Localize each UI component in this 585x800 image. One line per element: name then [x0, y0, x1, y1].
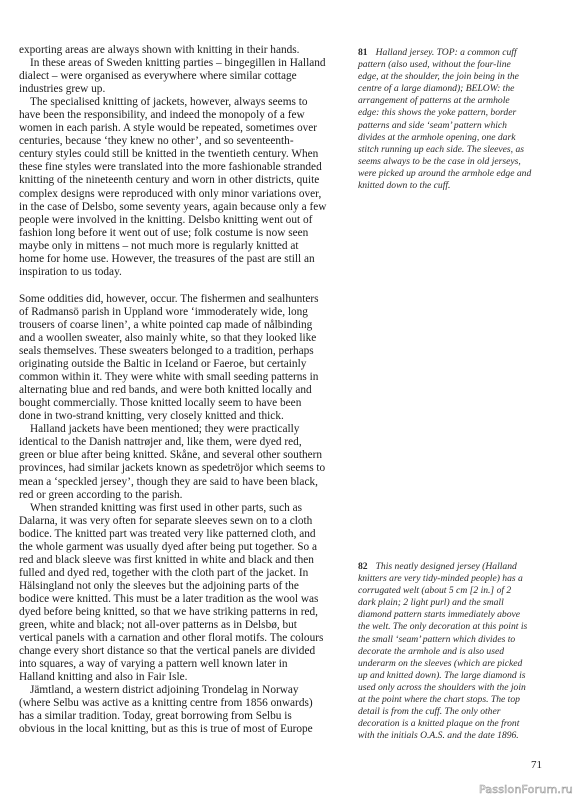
text-line: The specialised knitting of jackets, how… [19, 96, 344, 109]
caption-figure-81: 81Halland jersey. TOP: a common cuff pat… [358, 47, 558, 192]
text-line: bodice. The knitted part was treated ver… [19, 528, 344, 541]
text-line: (where Selbu was active as a knitting ce… [19, 697, 344, 710]
caption-line: underarm on the sleeves (which are picke… [358, 658, 558, 670]
text-line: of Radmansö parish in Uppland wore ‘immo… [19, 306, 344, 319]
text-line: Some oddities did, however, occur. The f… [19, 293, 344, 306]
text-line: people were involved in the knitting. De… [19, 214, 344, 227]
text-line: complex designs were reproduced with onl… [19, 188, 344, 201]
text-line: mean a ‘speckled jersey’, though they ar… [19, 476, 344, 489]
text-line: green, white and black; not all-over pat… [19, 619, 344, 632]
text-line: in the case of Delsbo, some seventy year… [19, 201, 344, 214]
caption-text: Halland jersey. TOP: a common cuff [376, 47, 517, 58]
caption-line: edge, at the shoulder, the join being in… [358, 71, 558, 83]
caption-line: decoration is a knitted plaque on the fr… [358, 718, 558, 730]
text-line: these fine styles were translated into t… [19, 161, 344, 174]
text-line: In these areas of Sweden knitting partie… [19, 57, 344, 70]
text-line: have been the responsibility, and indeed… [19, 109, 344, 122]
text-line: has a similar tradition. Today, great bo… [19, 710, 344, 723]
text-line: exporting areas are always shown with kn… [19, 44, 344, 57]
caption-line: arrangement of patterns at the armhole [358, 95, 558, 107]
text-line: the whole garment was usually dyed after… [19, 541, 344, 554]
text-line: Jämtland, a western district adjoining T… [19, 684, 344, 697]
text-line: inspiration to us today. [19, 266, 344, 279]
caption-line: divides at the armhole opening, one dark [358, 132, 558, 144]
caption-line: 81Halland jersey. TOP: a common cuff [358, 47, 558, 59]
text-line: women in each parish. A style would be r… [19, 122, 344, 135]
text-line: knitting of the nineteenth century and w… [19, 174, 344, 187]
caption-line: were picked up around the armhole edge a… [358, 168, 558, 180]
caption-line: 82This neatly designed jersey (Halland [358, 561, 558, 573]
caption-line: dark plain; 2 light purl) and the small [358, 597, 558, 609]
caption-text: This neatly designed jersey (Halland [376, 561, 517, 572]
caption-line: diamond pattern starts immediately above [358, 609, 558, 621]
text-line: maybe only in mittens – not much more is… [19, 240, 344, 253]
text-line: and a woollen sweater, also mainly white… [19, 332, 344, 345]
text-line: bodice were knitted. This must be a late… [19, 593, 344, 606]
text-line: bought commercially. Those knitted local… [19, 397, 344, 410]
text-line: into squares, a way of varying a pattern… [19, 658, 344, 671]
caption-line: the welt. The only decoration at this po… [358, 621, 558, 633]
text-line: identical to the Danish nattrøjer and, l… [19, 436, 344, 449]
caption-figure-82: 82This neatly designed jersey (Halland k… [358, 561, 558, 742]
caption-line: centre of a large diamond); BELOW: the [358, 83, 558, 95]
text-line: home for home use. However, the treasure… [19, 253, 344, 266]
text-line: provinces, had similar jackets known as … [19, 462, 344, 475]
caption-line: the small ‘seam’ pattern which divides t… [358, 634, 558, 646]
caption-line: up and knitted down). The large diamond … [358, 670, 558, 682]
text-line: done in two-strand knitting, very closel… [19, 410, 344, 423]
figure-number: 81 [358, 47, 368, 58]
text-line: fashion long before it went out of use; … [19, 227, 344, 240]
figure-number: 82 [358, 561, 368, 572]
main-text-column: exporting areas are always shown with kn… [19, 44, 344, 736]
text-line: alternating blue and red bands, and were… [19, 384, 344, 397]
text-line: common within it. They were white with s… [19, 371, 344, 384]
text-line: green or blue after being knitted. Skåne… [19, 449, 344, 462]
text-line: dyed before being knitted, so that we ha… [19, 606, 344, 619]
caption-line: detail is from the cuff. The only other [358, 706, 558, 718]
text-line: seals themselves. These sweaters belonge… [19, 345, 344, 358]
caption-line: with the initials O.A.S. and the date 18… [358, 730, 558, 742]
caption-line: patterns and side ‘seam’ pattern which [358, 120, 558, 132]
caption-line: used only across the shoulders with the … [358, 682, 558, 694]
text-line: Hälsingland not only the sleeves but the… [19, 580, 344, 593]
text-line: When stranded knitting was first used in… [19, 502, 344, 515]
caption-line: edge: this shows the yoke pattern, borde… [358, 107, 558, 119]
text-line: dialect – were organised as everywhere w… [19, 70, 344, 83]
caption-line: corrugated welt (about 5 cm [2 in.] of 2 [358, 585, 558, 597]
page-number: 71 [531, 759, 542, 771]
caption-line: knitted down to the cuff. [358, 180, 558, 192]
text-line: obvious in the local knitting, but as th… [19, 723, 344, 736]
text-line: red and black sleeve was first knitted i… [19, 554, 344, 567]
text-line: Halland knitting and also in Fair Isle. [19, 671, 344, 684]
text-line: industries grew up. [19, 83, 344, 96]
watermark: PassionForum.ru [479, 783, 573, 796]
text-line: century styles could still be knitted in… [19, 148, 344, 161]
caption-line: seems always to be the case in old jerse… [358, 156, 558, 168]
caption-line: knitters are very tidy-minded people) ha… [358, 573, 558, 585]
text-line: change every short distance so that the … [19, 645, 344, 658]
text-line: originating outside the Baltic in Icelan… [19, 358, 344, 371]
text-line: centuries, because ‘they knew no other’,… [19, 135, 344, 148]
text-line: Dalarna, it was very often for separate … [19, 515, 344, 528]
text-line: fulled and dyed red, together with the c… [19, 567, 344, 580]
caption-line: stitch running up each side. The sleeves… [358, 144, 558, 156]
caption-line: at the point where the chart stops. The … [358, 694, 558, 706]
caption-line: pattern (also used, without the four-lin… [358, 59, 558, 71]
text-line: trousers of coarse linen’, a white point… [19, 319, 344, 332]
text-line: Halland jackets have been mentioned; the… [19, 423, 344, 436]
caption-line: decorate the armhole and is also used [358, 646, 558, 658]
text-line: red or green according to the parish. [19, 489, 344, 502]
text-line: vertical panels with a carnation and oth… [19, 632, 344, 645]
